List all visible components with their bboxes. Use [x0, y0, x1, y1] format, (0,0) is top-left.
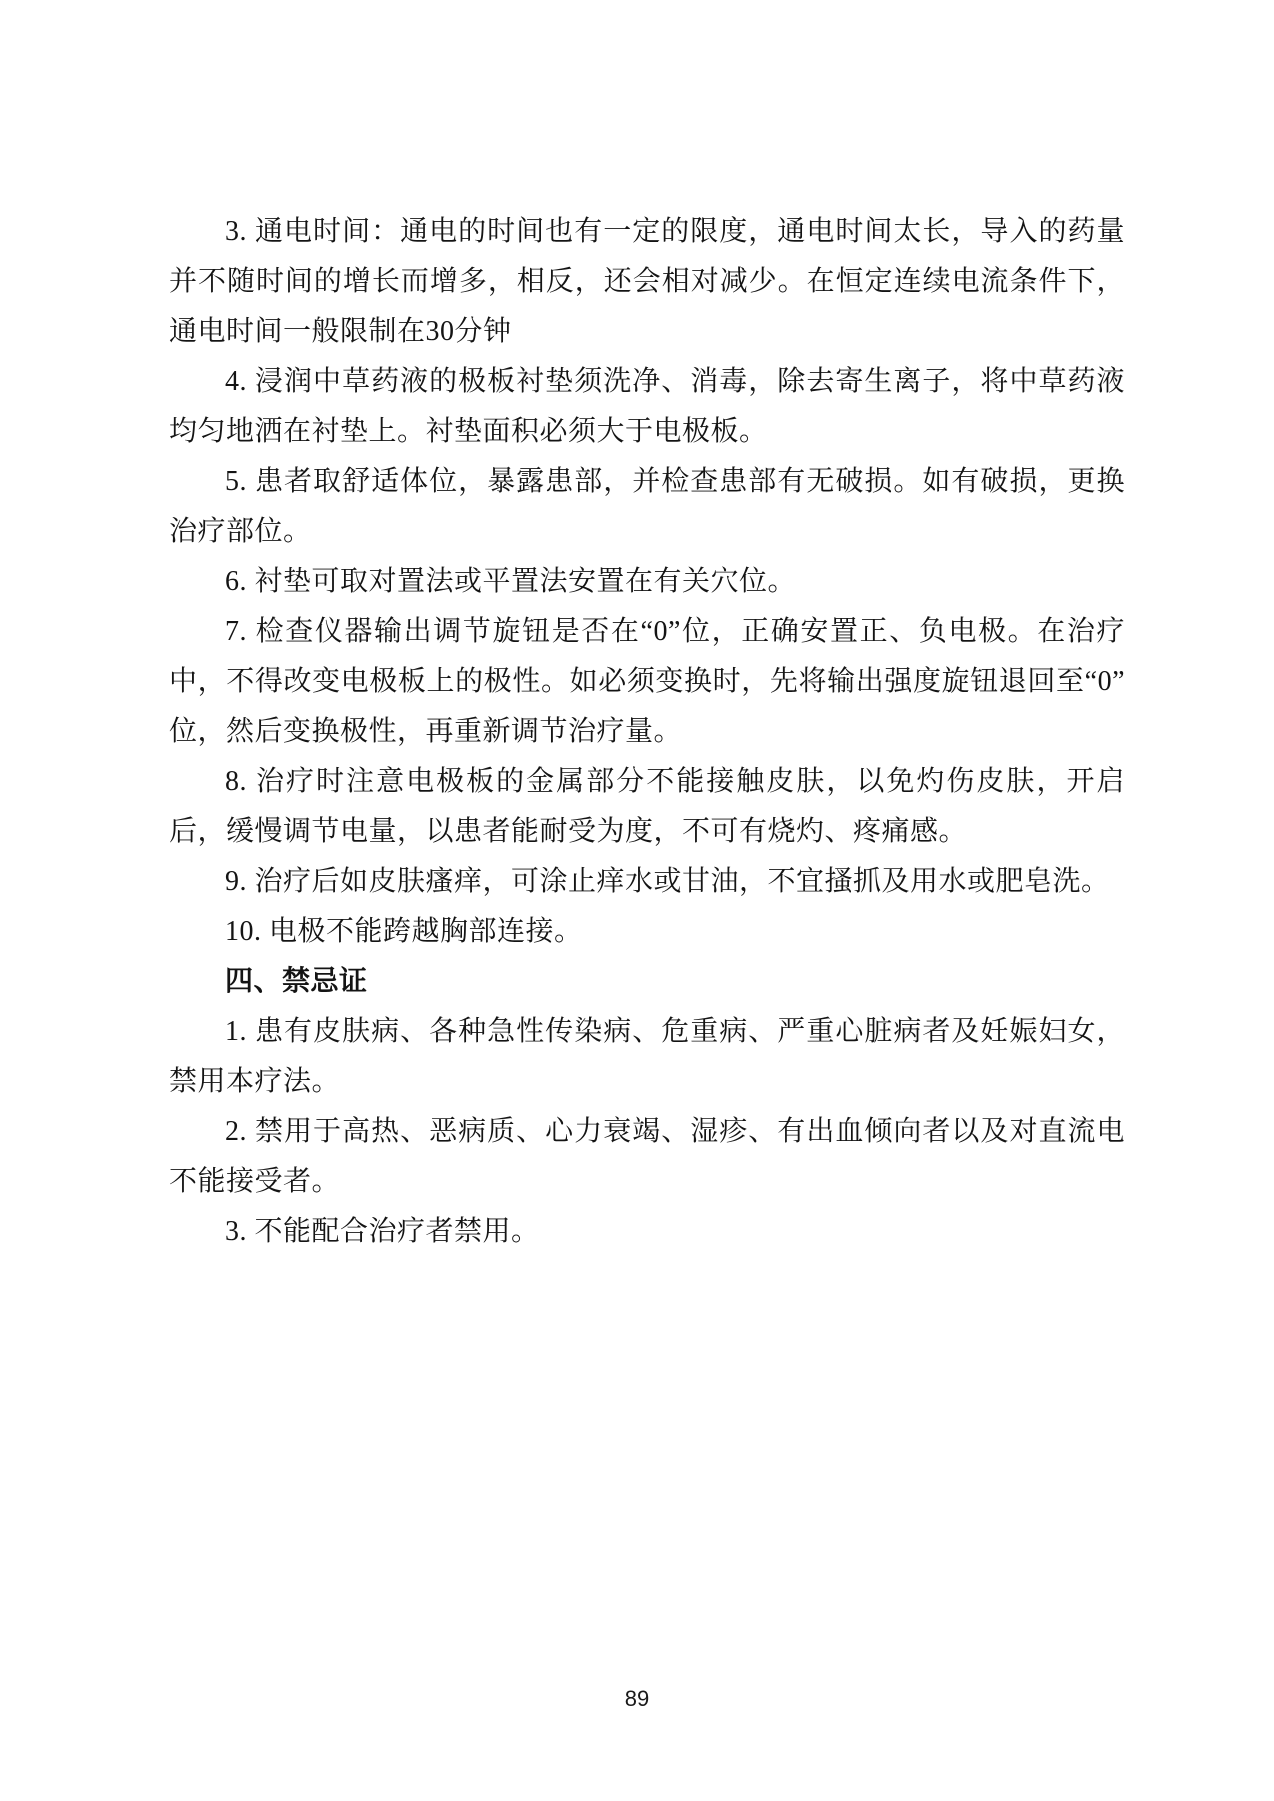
page-footer: 89 [0, 1686, 1274, 1712]
paragraph-post-treatment-itch: 9. 治疗后如皮肤瘙痒，可涂止痒水或甘油，不宜搔抓及用水或肥皂洗。 [169, 857, 1125, 907]
paragraph-electrode-chest: 10. 电极不能跨越胸部连接。 [169, 907, 1125, 957]
paragraph-pad-placement: 6. 衬垫可取对置法或平置法安置在有关穴位。 [169, 557, 1125, 607]
page-number: 89 [625, 1686, 649, 1711]
paragraph-electrify-time: 3. 通电时间：通电的时间也有一定的限度，通电时间太长，导入的药量并不随时间的增… [169, 207, 1125, 357]
paragraph-herbal-pad: 4. 浸润中草药液的极板衬垫须洗净、消毒，除去寄生离子，将中草药液均匀地洒在衬垫… [169, 357, 1125, 457]
section-heading-contraindications: 四、禁忌证 [169, 957, 1125, 1007]
paragraph-contraindication-2: 2. 禁用于高热、恶病质、心力衰竭、湿疹、有出血倾向者以及对直流电不能接受者。 [169, 1107, 1125, 1207]
paragraph-contraindication-1: 1. 患有皮肤病、各种急性传染病、危重病、严重心脏病者及妊娠妇女，禁用本疗法。 [169, 1007, 1125, 1107]
paragraph-patient-position: 5. 患者取舒适体位，暴露患部，并检查患部有无破损。如有破损，更换治疗部位。 [169, 457, 1125, 557]
document-page: 3. 通电时间：通电的时间也有一定的限度，通电时间太长，导入的药量并不随时间的增… [0, 0, 1274, 1801]
paragraph-metal-contact-warning: 8. 治疗时注意电极板的金属部分不能接触皮肤，以免灼伤皮肤，开启后，缓慢调节电量… [169, 757, 1125, 857]
paragraph-contraindication-3: 3. 不能配合治疗者禁用。 [169, 1207, 1125, 1257]
paragraph-check-output-knob: 7. 检查仪器输出调节旋钮是否在“0”位，正确安置正、负电极。在治疗中，不得改变… [169, 607, 1125, 757]
document-body: 3. 通电时间：通电的时间也有一定的限度，通电时间太长，导入的药量并不随时间的增… [169, 207, 1125, 1257]
